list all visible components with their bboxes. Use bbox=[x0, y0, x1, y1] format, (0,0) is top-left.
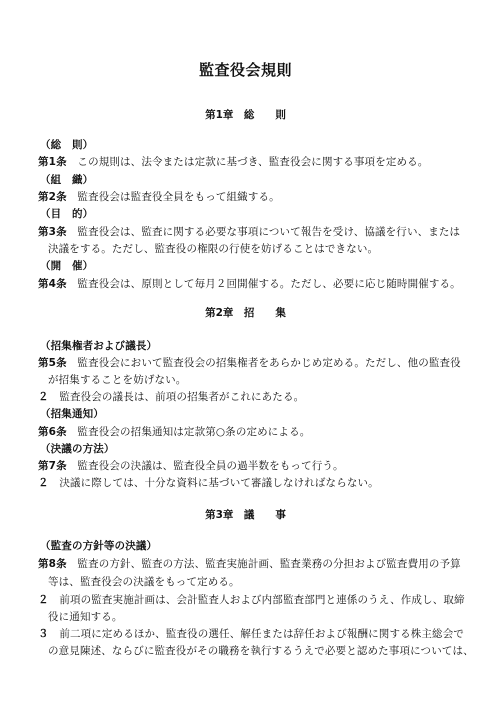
article-text: 監査役会は、原則として毎月２回開催する。ただし、必要に応じ随時開催する。 bbox=[77, 278, 460, 290]
article-caption: （組 織） bbox=[40, 173, 93, 187]
article-number: 第2条 bbox=[38, 191, 67, 203]
article-caption: （招集権者および議長） bbox=[40, 339, 157, 353]
article-text: 監査役会は監査役全員をもって組織する。 bbox=[77, 191, 279, 203]
article-caption: （決議の方法） bbox=[40, 442, 115, 456]
paragraph-number: ２ bbox=[38, 391, 49, 403]
article-6: 第6条 監査役会の招集通知は定款第○条の定めによる。 bbox=[38, 425, 310, 439]
article-7-paragraph-2: ２ 決議に際しては、十分な資料に基づいて審議しなければならない。 bbox=[38, 476, 379, 490]
article-caption: （開 催） bbox=[40, 259, 93, 273]
article-text: 監査役会の招集通知は定款第○条の定めによる。 bbox=[77, 426, 310, 438]
chapter-2-heading: 第2章 招 集 bbox=[0, 306, 491, 320]
chapter-1-heading: 第1章 総 則 bbox=[0, 108, 491, 122]
article-4: 第4条 監査役会は、原則として毎月２回開催する。ただし、必要に応じ随時開催する。 bbox=[38, 277, 461, 291]
article-1: 第1条 この規則は、法令または定款に基づき、監査役会に関する事項を定める。 bbox=[38, 155, 428, 169]
article-8-paragraph-2: ２ 前項の監査実施計画は、会計監査人および内部監査部門と連係のうえ、作成し、取締 bbox=[38, 593, 465, 607]
article-text: この規則は、法令または定款に基づき、監査役会に関する事項を定める。 bbox=[77, 156, 428, 168]
article-number: 第7条 bbox=[38, 460, 67, 472]
article-number: 第3条 bbox=[38, 226, 67, 238]
article-7: 第7条 監査役会の決議は、監査役全員の過半数をもって行う。 bbox=[38, 459, 344, 473]
article-text: 監査役会は、監査に関する必要な事項について報告を受け、協議を行い、または bbox=[77, 226, 460, 238]
paragraph-number: ３ bbox=[38, 628, 49, 640]
article-text: 監査役会において監査役会の招集権者をあらかじめ定める。ただし、他の監査役 bbox=[77, 357, 460, 369]
article-continuation: 役に通知する。 bbox=[48, 610, 123, 624]
article-caption: （総 則） bbox=[40, 138, 93, 152]
article-3: 第3条 監査役会は、監査に関する必要な事項について報告を受け、協議を行い、または bbox=[38, 225, 460, 239]
article-8-paragraph-3: ３ 前二項に定めるほか、監査役の選任、解任または辞任および報酬に関する株主総会で bbox=[38, 627, 464, 641]
chapter-3-heading: 第3章 議 事 bbox=[0, 508, 491, 522]
article-continuation: 等は、監査役会の決議をもって定める。 bbox=[48, 575, 240, 589]
document-title: 監査役会規則 bbox=[0, 61, 491, 79]
article-continuation: 決議をする。ただし、監査役の権限の行使を妨げることはできない。 bbox=[48, 242, 378, 256]
article-number: 第5条 bbox=[38, 357, 67, 369]
article-continuation: が招集することを妨げない。 bbox=[48, 373, 186, 387]
article-text: 監査役会の議長は、前項の招集者がこれにあたる。 bbox=[59, 391, 304, 403]
article-5: 第5条 監査役会において監査役会の招集権者をあらかじめ定める。ただし、他の監査役 bbox=[38, 356, 461, 370]
article-number: 第8条 bbox=[38, 558, 67, 570]
article-text: 前項の監査実施計画は、会計監査人および内部監査部門と連係のうえ、作成し、取締 bbox=[59, 594, 464, 606]
article-caption: （招集通知） bbox=[40, 407, 104, 421]
paragraph-number: ２ bbox=[38, 594, 49, 606]
article-text: 前二項に定めるほか、監査役の選任、解任または辞任および報酬に関する株主総会で bbox=[59, 628, 464, 640]
article-caption: （目 的） bbox=[40, 207, 93, 221]
article-text: 監査の方針、監査の方法、監査実施計画、監査業務の分担および監査費用の予算 bbox=[77, 558, 460, 570]
article-8: 第8条 監査の方針、監査の方法、監査実施計画、監査業務の分担および監査費用の予算 bbox=[38, 557, 461, 571]
document-page: 監査役会規則 第1章 総 則 （総 則） 第1条 この規則は、法令または定款に基… bbox=[0, 0, 491, 715]
article-5-paragraph-2: ２ 監査役会の議長は、前項の招集者がこれにあたる。 bbox=[38, 390, 304, 404]
article-2: 第2条 監査役会は監査役全員をもって組織する。 bbox=[38, 190, 280, 204]
article-text: 監査役会の決議は、監査役全員の過半数をもって行う。 bbox=[77, 460, 343, 472]
article-number: 第6条 bbox=[38, 426, 67, 438]
paragraph-number: ２ bbox=[38, 477, 49, 489]
article-number: 第4条 bbox=[38, 278, 67, 290]
article-number: 第1条 bbox=[38, 156, 67, 168]
article-text: 決議に際しては、十分な資料に基づいて審議しなければならない。 bbox=[59, 477, 379, 489]
article-continuation: の意見陳述、ならびに監査役がその職務を執行するうえで必要と認めた事項については、 bbox=[48, 644, 474, 658]
article-caption: （監査の方針等の決議） bbox=[40, 539, 157, 553]
